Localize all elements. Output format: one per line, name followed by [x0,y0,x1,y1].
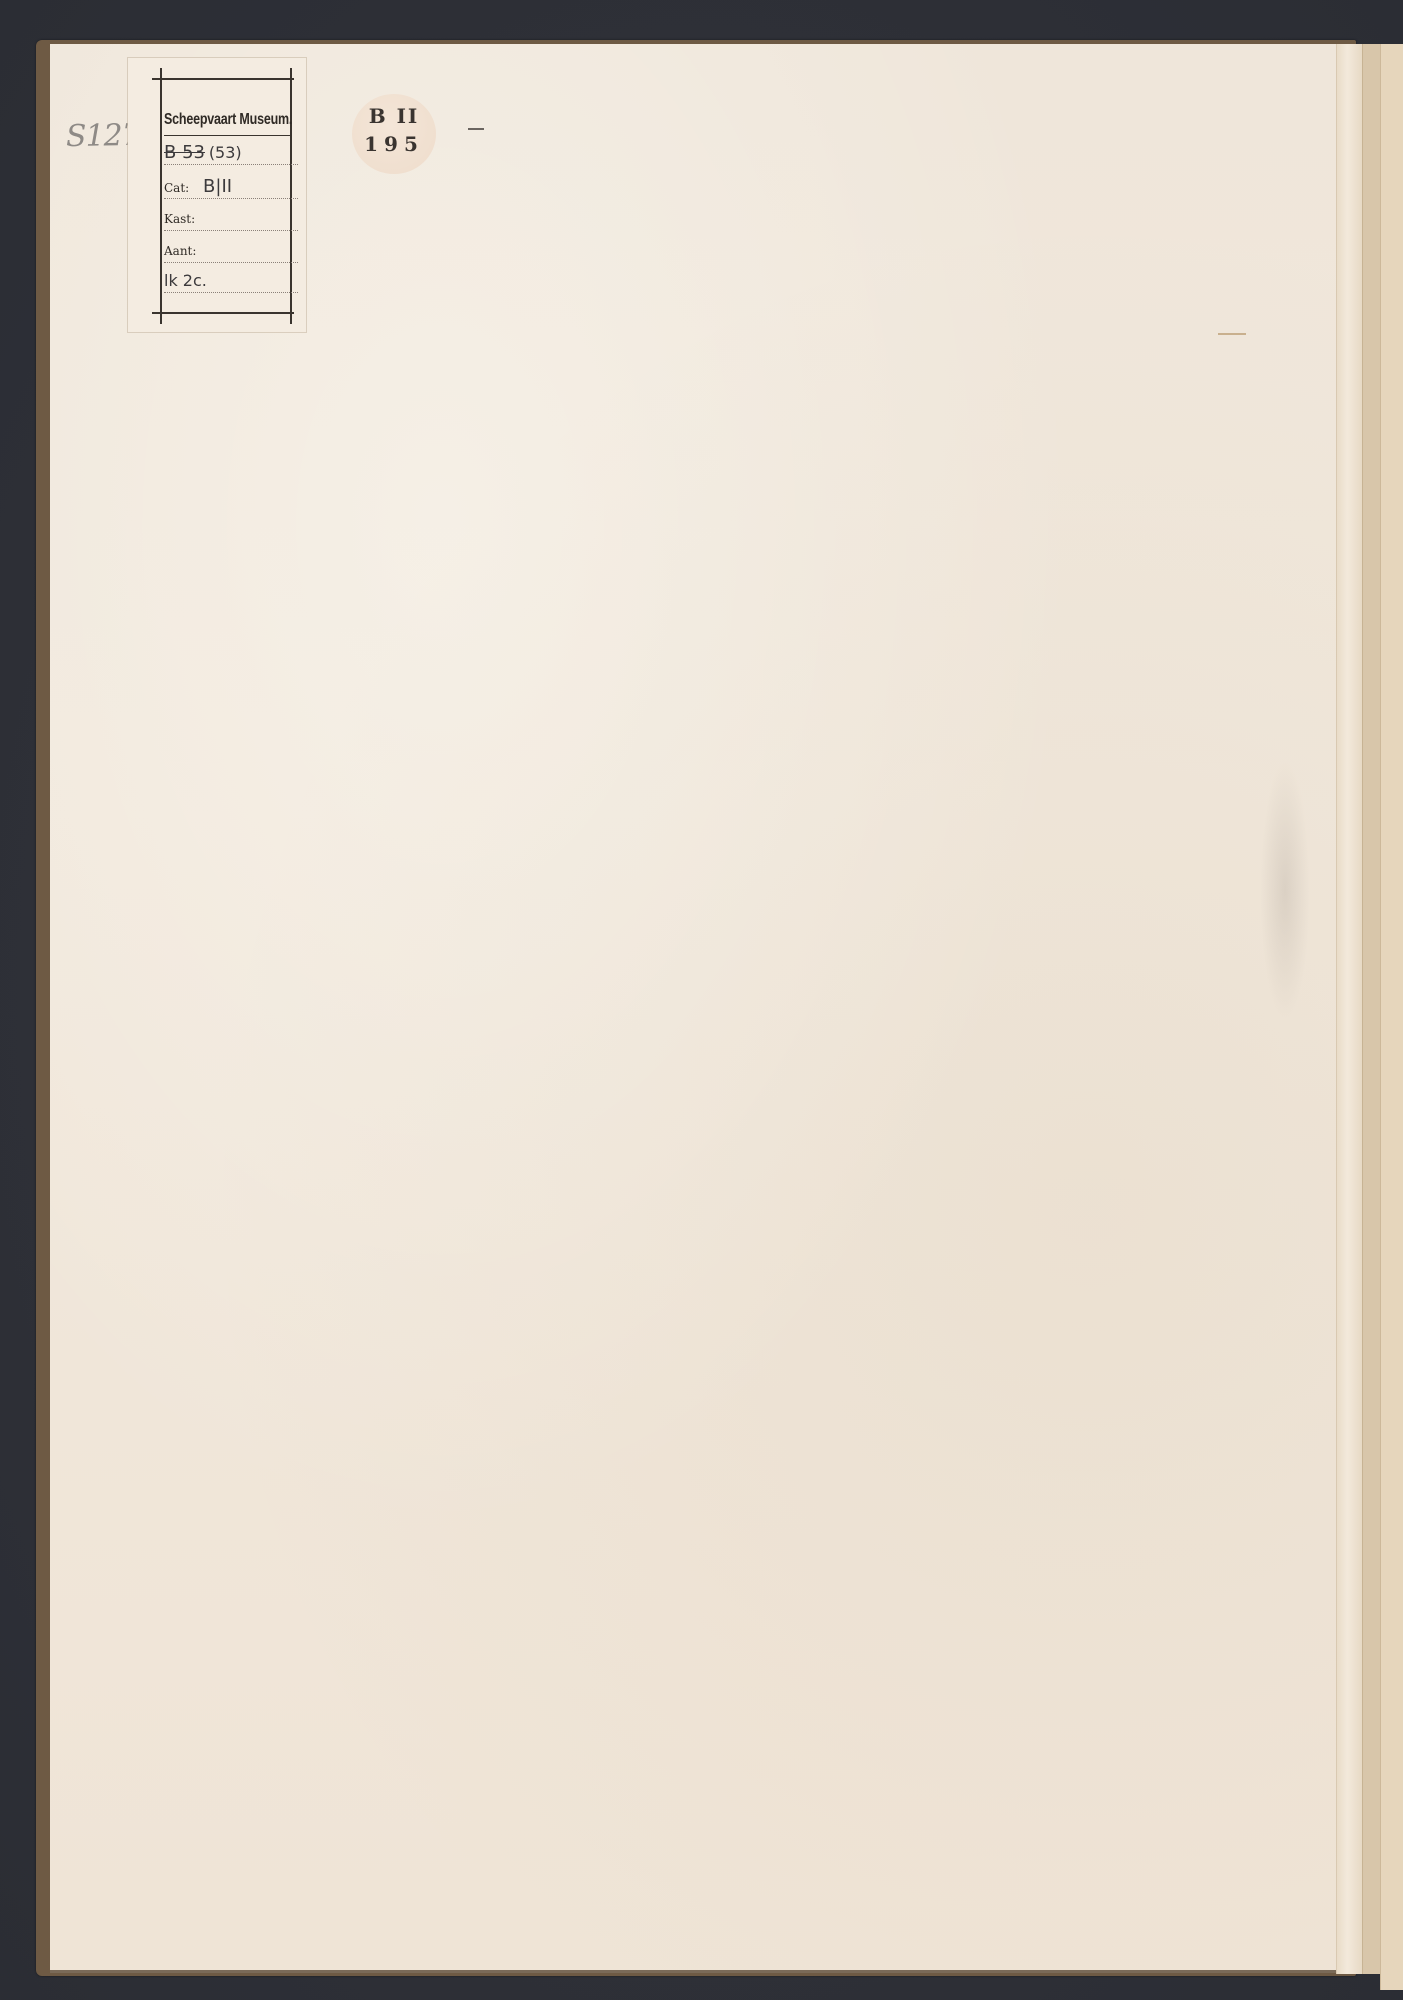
stamp-line-1: B II [352,104,436,128]
field-label: Kast: [164,212,195,226]
label-left-rule [160,68,162,324]
spine-hinge-strip [1336,44,1363,1974]
museum-catalog-label: Scheepvaart Museum. B 53 (53) Cat: B|II … [128,58,306,332]
label-number-field: B 53 (53) [164,142,298,165]
pencil-mark [468,128,484,130]
spine-inner-strip [1362,44,1381,1974]
label-field-cat: Cat: B|II [164,176,298,199]
field-value: B|II [203,176,232,197]
handwritten-number: (53) [209,143,242,162]
label-field-aant: Aant: [164,240,298,263]
label-extra-line: lk 2c. [164,270,298,293]
field-label: Aant: [164,244,196,258]
label-title: Scheepvaart Museum. [164,110,304,128]
spine-outer-strip [1380,44,1403,1990]
handwritten-note: lk 2c. [164,271,207,290]
round-stamp: B II 195 [352,94,436,174]
cover-page [50,44,1350,1973]
field-label: Cat: [164,181,189,195]
label-bottom-rule [152,312,294,314]
label-top-rule [152,78,294,80]
stamp-line-2: 195 [352,132,436,156]
pencil-mark [1218,333,1246,335]
foxing-stain [1260,760,1310,1020]
label-field-kast: Kast: [164,208,298,231]
label-title-rule [164,135,290,136]
struck-number: B 53 [164,142,205,163]
